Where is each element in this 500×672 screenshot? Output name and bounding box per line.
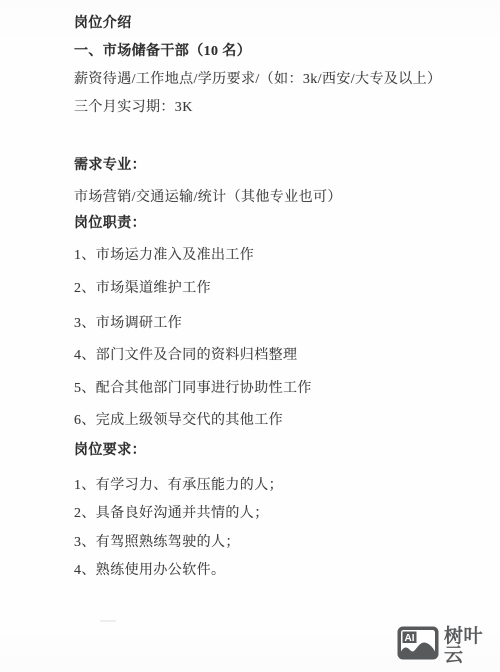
duty-item: 2、市场渠道维护工作 bbox=[74, 281, 458, 296]
duty-item: 3、市场调研工作 bbox=[74, 316, 458, 331]
majors-line: 市场营销/交通运输/统计（其他专业也可） bbox=[74, 190, 458, 205]
duty-item: 6、完成上级领导交代的其他工作 bbox=[74, 413, 458, 428]
internship-line: 三个月实习期：3K bbox=[74, 100, 458, 115]
requirement-item: 3、有驾照熟练驾驶的人； bbox=[74, 535, 458, 550]
scan-artifact bbox=[100, 620, 116, 622]
requirement-item: 1、有学习力、有承压能力的人； bbox=[74, 478, 458, 493]
doc-heading: 岗位介绍 bbox=[74, 16, 458, 31]
watermark-brand-name: 树叶云 bbox=[444, 627, 500, 665]
duty-item: 5、配合其他部门同事进行协助性工作 bbox=[74, 381, 458, 396]
watermark-logo-label: AI bbox=[405, 633, 415, 644]
requirement-item: 4、熟练使用办公软件。 bbox=[74, 563, 458, 578]
requirements-heading: 岗位要求： bbox=[74, 443, 458, 458]
duty-item: 4、部门文件及合同的资料归档整理 bbox=[74, 348, 458, 363]
ai-image-logo-icon: AI bbox=[397, 626, 439, 665]
requirement-item: 2、具备良好沟通并共情的人； bbox=[74, 506, 458, 521]
majors-heading: 需求专业： bbox=[74, 158, 458, 173]
duties-heading: 岗位职责： bbox=[74, 216, 458, 231]
job-description-body: 岗位介绍 一、市场储备干部（10 名） 薪资待遇/工作地点/学历要求/（如：3k… bbox=[0, 0, 500, 578]
duty-item: 1、市场运力准入及准出工作 bbox=[74, 248, 458, 263]
position-title: 一、市场储备干部（10 名） bbox=[74, 44, 458, 59]
salary-line: 薪资待遇/工作地点/学历要求/（如：3k/西安/大专及以上） bbox=[74, 72, 458, 87]
watermark: AI 树叶云 bbox=[397, 626, 500, 665]
scanned-document-page: 岗位介绍 一、市场储备干部（10 名） 薪资待遇/工作地点/学历要求/（如：3k… bbox=[0, 0, 500, 672]
